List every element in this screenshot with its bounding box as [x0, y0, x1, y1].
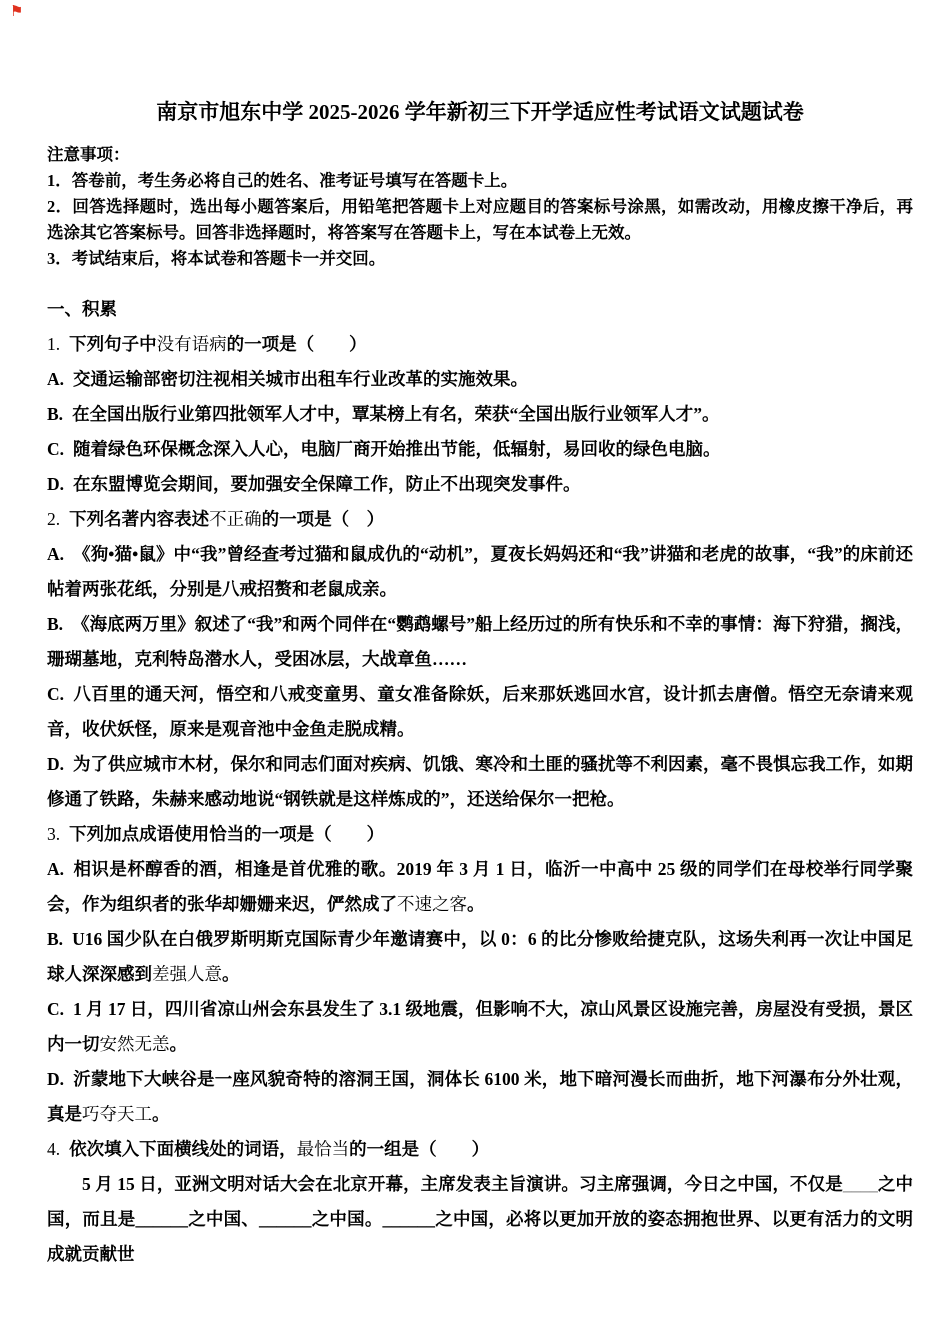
question-number: 4. [47, 1139, 69, 1159]
stem-text: 的一项是（ ） [262, 509, 385, 529]
idiom-emphasis: 不速之客 [397, 894, 467, 914]
option-text: 《海底两万里》叙述了“我”和两个同伴在“鹦鹉螺号”船上经历过的所有快乐和不幸的事… [47, 614, 913, 669]
question-number: 3. [47, 824, 69, 844]
blank-line: ____ [843, 1174, 878, 1194]
question-4: 4.依次填入下面横线处的词语，最恰当的一组是（ ） 5 月 15 日，亚洲文明对… [47, 1132, 913, 1272]
option-label: C. [47, 999, 73, 1019]
option-text: 八百里的通天河，悟空和八戒变童男、童女准备除妖，后来那妖逃回水宫，设计抓去唐僧。… [47, 684, 913, 739]
notice-item: 2．回答选择题时，选出每小题答案后，用铅笔把答题卡上对应题目的答案标号涂黑，如需… [47, 194, 913, 246]
stem-text: 下列句子中 [69, 334, 157, 354]
option-label: D. [47, 754, 73, 774]
option-a: A.交通运输部密切注视相关城市出租车行业改革的实施效果。 [47, 362, 913, 397]
stem-text: 的一项是（ ） [227, 334, 367, 354]
fill-in-passage: 5 月 15 日，亚洲文明对话大会在北京开幕，主席发表主旨演讲。习主席强调，今日… [47, 1167, 913, 1272]
option-label: B. [47, 929, 72, 949]
question-stem: 1.下列句子中没有语病的一项是（ ） [47, 327, 913, 362]
blank-line: ______ [383, 1209, 436, 1229]
stem-emphasis: 最恰当 [297, 1139, 350, 1159]
passage-text: 之中国。 [312, 1209, 383, 1229]
blank-line: ______ [259, 1209, 312, 1229]
option-label: C. [47, 684, 73, 704]
option-c: C.八百里的通天河，悟空和八戒变童男、童女准备除妖，后来那妖逃回水宫，设计抓去唐… [47, 677, 913, 747]
notice-heading: 注意事项： [47, 142, 913, 168]
option-label: A. [47, 544, 73, 564]
option-d: D.在东盟博览会期间，要加强安全保障工作，防止不出现突发事件。 [47, 467, 913, 502]
option-text: 。 [152, 1104, 170, 1124]
option-text: 沂蒙地下大峡谷是一座风貌奇特的溶洞王国，洞体长 6100 米，地下暗河漫长而曲折… [47, 1069, 913, 1124]
passage-text: 之中国、 [188, 1209, 259, 1229]
question-1: 1.下列句子中没有语病的一项是（ ） A.交通运输部密切注视相关城市出租车行业改… [47, 327, 913, 502]
stem-emphasis: 没有语病 [157, 334, 227, 354]
idiom-emphasis: 巧夺天工 [82, 1104, 152, 1124]
question-stem: 3.下列加点成语使用恰当的一项是（ ） [47, 817, 913, 852]
corner-flag-icon: ⚑ [10, 4, 23, 19]
passage-text: 5 月 15 日，亚洲文明对话大会在北京开幕，主席发表主旨演讲。习主席强调，今日… [82, 1174, 843, 1194]
option-text: 《狗•猫•鼠》中“我”曾经查考过猫和鼠成仇的“动机”，夏夜长妈妈还和“我”讲猫和… [47, 544, 913, 599]
option-label: A. [47, 369, 73, 389]
question-2: 2.下列名著内容表述不正确的一项是（ ） A.《狗•猫•鼠》中“我”曾经查考过猫… [47, 502, 913, 817]
stem-text: 下列加点成语使用恰当的一项是（ ） [69, 824, 384, 844]
question-number: 1. [47, 334, 69, 354]
page-title: 南京市旭东中学 2025-2026 学年新初三下开学适应性考试语文试题试卷 [47, 98, 913, 126]
blank-line: ______ [136, 1209, 189, 1229]
option-b: B.《海底两万里》叙述了“我”和两个同伴在“鹦鹉螺号”船上经历过的所有快乐和不幸… [47, 607, 913, 677]
stem-text: 下列名著内容表述 [69, 509, 209, 529]
option-d: D.为了供应城市木材，保尔和同志们面对疾病、饥饿、寒冷和土匪的骚扰等不利因素，毫… [47, 747, 913, 817]
section-heading: 一、积累 [47, 292, 913, 327]
option-text: 随着绿色环保概念深入人心，电脑厂商开始推出节能，低辐射，易回收的绿色电脑。 [73, 439, 721, 459]
option-label: C. [47, 439, 73, 459]
option-d: D.沂蒙地下大峡谷是一座风貌奇特的溶洞王国，洞体长 6100 米，地下暗河漫长而… [47, 1062, 913, 1132]
option-c: C.随着绿色环保概念深入人心，电脑厂商开始推出节能，低辐射，易回收的绿色电脑。 [47, 432, 913, 467]
option-c: C.1 月 17 日，四川省凉山州会东县发生了 3.1 级地震，但影响不大，凉山… [47, 992, 913, 1062]
question-stem: 2.下列名著内容表述不正确的一项是（ ） [47, 502, 913, 537]
stem-text: 的一组是（ ） [349, 1139, 489, 1159]
option-b: B.U16 国少队在白俄罗斯明斯克国际青少年邀请赛中，以 0：6 的比分惨败给捷… [47, 922, 913, 992]
question-number: 2. [47, 509, 69, 529]
idiom-emphasis: 安然无恙 [100, 1034, 170, 1054]
idiom-emphasis: 差强人意 [152, 964, 222, 984]
notice-item: 1．答卷前，考生务必将自己的姓名、准考证号填写在答题卡上。 [47, 168, 913, 194]
option-a: A.相识是杯醇香的酒，相逢是首优雅的歌。2019 年 3 月 1 日，临沂一中高… [47, 852, 913, 922]
option-label: A. [47, 859, 73, 879]
option-label: D. [47, 1069, 73, 1089]
option-text: 。 [170, 1034, 188, 1054]
notice-section: 注意事项： 1．答卷前，考生务必将自己的姓名、准考证号填写在答题卡上。 2．回答… [47, 142, 913, 272]
option-text: 。 [467, 894, 485, 914]
option-label: B. [47, 614, 72, 634]
notice-item: 3．考试结束后，将本试卷和答题卡一并交回。 [47, 246, 913, 272]
option-label: D. [47, 474, 73, 494]
question-stem: 4.依次填入下面横线处的词语，最恰当的一组是（ ） [47, 1132, 913, 1167]
option-a: A.《狗•猫•鼠》中“我”曾经查考过猫和鼠成仇的“动机”，夏夜长妈妈还和“我”讲… [47, 537, 913, 607]
question-3: 3.下列加点成语使用恰当的一项是（ ） A.相识是杯醇香的酒，相逢是首优雅的歌。… [47, 817, 913, 1132]
stem-emphasis: 不正确 [209, 509, 262, 529]
option-text: 。 [222, 964, 240, 984]
option-b: B.在全国出版行业第四批领军人才中，覃某榜上有名，荣获“全国出版行业领军人才”。 [47, 397, 913, 432]
option-text: 在东盟博览会期间，要加强安全保障工作，防止不出现突发事件。 [73, 474, 581, 494]
exam-page: 南京市旭东中学 2025-2026 学年新初三下开学适应性考试语文试题试卷 注意… [0, 0, 950, 1272]
stem-text: 依次填入下面横线处的词语， [69, 1139, 297, 1159]
option-label: B. [47, 404, 72, 424]
option-text: 在全国出版行业第四批领军人才中，覃某榜上有名，荣获“全国出版行业领军人才”。 [72, 404, 720, 424]
option-text: 交通运输部密切注视相关城市出租车行业改革的实施效果。 [73, 369, 528, 389]
option-text: 为了供应城市木材，保尔和同志们面对疾病、饥饿、寒冷和土匪的骚扰等不利因素，毫不畏… [47, 754, 913, 809]
